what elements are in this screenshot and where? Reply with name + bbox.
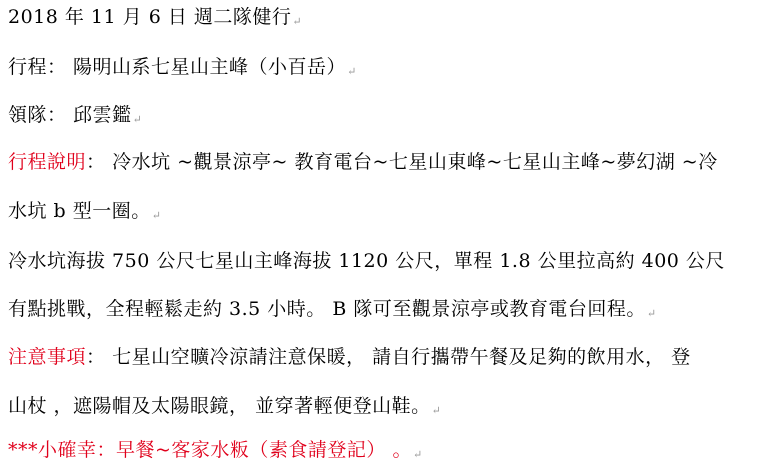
document-page: 2018 年 11 月 6 日 週二隊健行↵ 行程： 陽明山系七星山主峰（小百岳… xyxy=(0,0,773,468)
paragraph-mark-icon: ↵ xyxy=(413,448,423,461)
elevation-line-2: 有點挑戰，全程輕鬆走約 3.5 小時。 B 隊可至觀景涼亭或教育電台回程。↵ xyxy=(8,297,657,326)
paragraph-mark-icon: ↵ xyxy=(647,307,657,320)
notes-label: 注意事項 xyxy=(8,346,86,368)
paragraph-mark-icon: ↵ xyxy=(152,209,162,222)
paragraph-mark-icon: ↵ xyxy=(347,65,357,78)
title-text: 2018 年 11 月 6 日 週二隊健行 xyxy=(8,6,291,28)
title-line: 2018 年 11 月 6 日 週二隊健行↵ xyxy=(8,5,302,34)
elevation-text-1: 冷水坑海拔 750 公尺七星山主峰海拔 1120 公尺，單程 1.8 公里拉高約… xyxy=(8,250,725,272)
elevation-text-2: 有點挑戰，全程輕鬆走約 3.5 小時。 B 隊可至觀景涼亭或教育電台回程。 xyxy=(8,298,646,320)
itinerary-colon: ： xyxy=(86,151,106,173)
elevation-line-1: 冷水坑海拔 750 公尺七星山主峰海拔 1120 公尺，單程 1.8 公里拉高約… xyxy=(8,249,725,273)
leader-value: 邱雲鑑 xyxy=(67,104,132,126)
leader-line: 領隊： 邱雲鑑↵ xyxy=(8,103,142,132)
itinerary-text-2: 水坑 b 型一圈。 xyxy=(8,200,151,222)
notes-line-2: 山杖 ，遮陽帽及太陽眼鏡， 並穿著輕便登山鞋。↵ xyxy=(8,394,441,423)
paragraph-mark-icon: ↵ xyxy=(133,113,143,126)
itinerary-text-1: 冷水坑 ~觀景涼亭~ 教育電台~七星山東峰~七星山主峰~夢幻湖 ~冷 xyxy=(106,151,718,173)
paragraph-mark-icon: ↵ xyxy=(432,404,442,417)
route-label: 行程： xyxy=(8,56,67,78)
leader-label: 領隊： xyxy=(8,104,67,126)
itinerary-line-1: 行程說明： 冷水坑 ~觀景涼亭~ 教育電台~七星山東峰~七星山主峰~夢幻湖 ~冷 xyxy=(8,150,718,174)
treat-text: ***小確幸：早餐~客家水粄（素食請登記） 。 xyxy=(8,439,412,461)
route-line: 行程： 陽明山系七星山主峰（小百岳）↵ xyxy=(8,55,357,84)
notes-line-1: 注意事項： 七星山空曠冷涼請注意保暖， 請自行攜帶午餐及足夠的飲用水， 登 xyxy=(8,345,691,369)
itinerary-label: 行程說明 xyxy=(8,151,86,173)
notes-text-1: 七星山空曠冷涼請注意保暖， 請自行攜帶午餐及足夠的飲用水， 登 xyxy=(106,346,691,368)
notes-text-2: 山杖 ，遮陽帽及太陽眼鏡， 並穿著輕便登山鞋。 xyxy=(8,395,431,417)
route-value: 陽明山系七星山主峰（小百岳） xyxy=(67,56,347,78)
treat-line: ***小確幸：早餐~客家水粄（素食請登記） 。↵ xyxy=(8,438,423,467)
itinerary-line-2: 水坑 b 型一圈。↵ xyxy=(8,199,161,228)
notes-colon: ： xyxy=(86,346,106,368)
paragraph-mark-icon: ↵ xyxy=(292,15,302,28)
